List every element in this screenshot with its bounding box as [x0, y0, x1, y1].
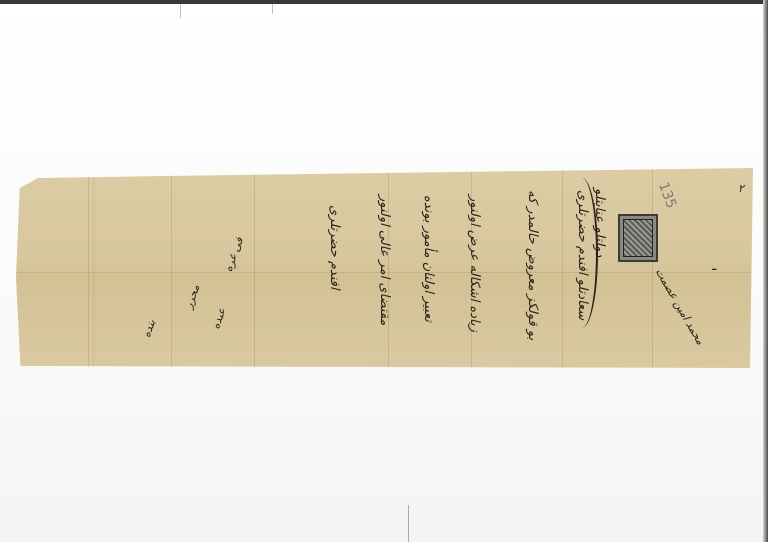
- body-line: زیاده اشکاله عرض اولنور: [467, 195, 482, 332]
- scan-crease: [408, 505, 409, 542]
- scanner-top-edge: [0, 0, 768, 4]
- paper-fold: [171, 168, 172, 368]
- body-line: بو قولکز معروض حالمدر که: [525, 190, 540, 340]
- body-line: مقتضای امر عالی اولنور: [377, 195, 392, 325]
- scan-crease: [180, 4, 181, 18]
- paper-fold: [254, 168, 255, 368]
- paper-fold: [562, 168, 563, 368]
- scan-crease: [272, 4, 273, 14]
- paper-fold: [88, 168, 89, 368]
- scanner-right-edge: [763, 0, 768, 542]
- body-line: افندم حضرتلری: [327, 205, 342, 290]
- body-line: تعبیر اولنان مأمور بونده: [421, 195, 436, 322]
- paper-fold: [652, 168, 653, 368]
- heading-line: دولتلو عنایتلو: [592, 188, 607, 257]
- corner-mark: ٢: [738, 182, 744, 195]
- margin-mark: ـ: [712, 258, 716, 274]
- body-line: سعادتلو افندم حضرتلری: [575, 190, 590, 320]
- seal-stamp: [618, 214, 658, 262]
- seal-inner: [623, 219, 653, 257]
